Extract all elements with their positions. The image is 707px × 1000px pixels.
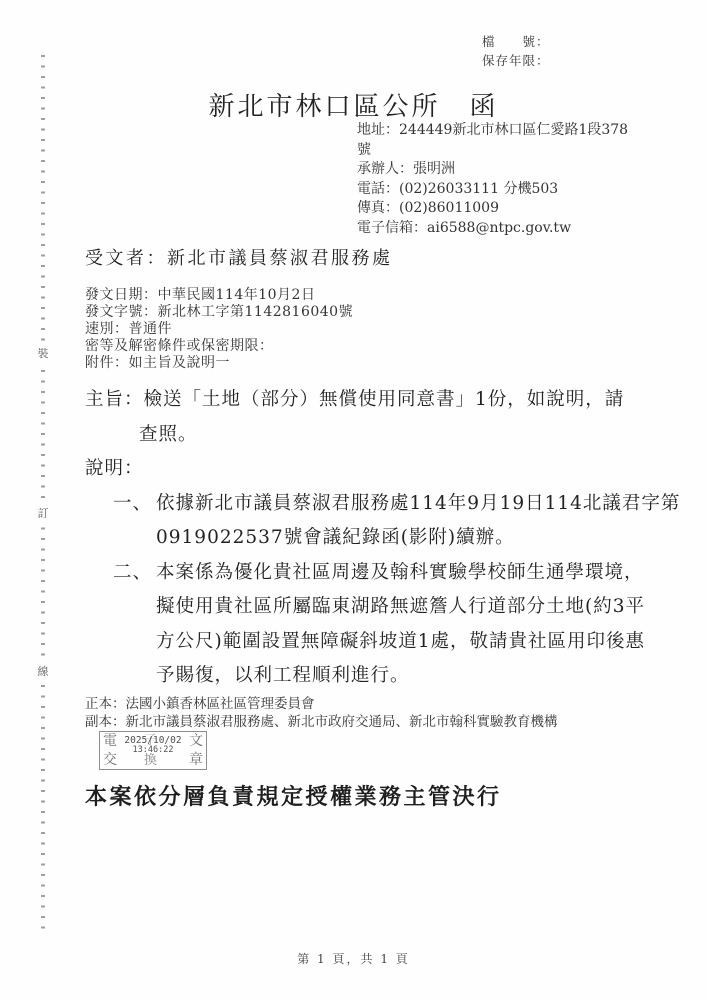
item-line: 依據新北市議員蔡淑君服務處114年9月19日114北議君字第: [156, 487, 685, 522]
item-line: 方公尺)範圍設置無障礙斜坡道1處，敬請貴社區用印後惠: [156, 625, 685, 660]
document-meta-block: 發文日期：中華民國114年10月2日 發文字號：新北林工字第1142816040…: [85, 287, 353, 372]
distribution-block: 正本：法國小鎮香林區社區管理委員會 副本：新北市議員蔡淑君服務處、新北市政府交通…: [85, 696, 558, 731]
fax-line: 傳真：(02)86011009: [357, 199, 628, 219]
archive-labels: 檔 號： 保存年限：: [482, 33, 550, 71]
security-line: 密等及解密條件或保密期限：: [85, 338, 353, 355]
subject-paragraph: 主旨：檢送「土地（部分）無償使用同意書」1份，如說明，請 查照。: [85, 383, 665, 452]
item-line: 擬使用貴社區所屬臨東湖路無遮簷人行道部分土地(約3平: [156, 590, 685, 625]
address-line-wrap: 號: [357, 141, 628, 161]
item-text: 依據新北市議員蔡淑君服務處114年9月19日114北議君字第 091902253…: [156, 487, 685, 556]
cc-recipient-line: 副本：新北市議員蔡淑君服務處、新北市政府交通局、新北市翰科實驗教育機構: [85, 714, 558, 732]
agency-contact-block: 地址：244449新北市林口區仁愛路1段378 號 承辦人：張明洲 電話：(02…: [357, 121, 628, 238]
email-line: 電子信箱：ai6588@ntpc.gov.tw: [357, 219, 628, 239]
item-number: 二、: [85, 556, 156, 694]
page-number-footer: 第 1 頁，共 1 頁: [0, 950, 707, 967]
issue-date-line: 發文日期：中華民國114年10月2日: [85, 287, 353, 304]
item-line: 本案係為優化貴社區周邊及翰科實驗學校師生通學環境，: [156, 556, 685, 591]
binding-mark: 裝: [35, 343, 51, 363]
binding-mark: 訂: [35, 503, 51, 523]
original-recipient-line: 正本：法國小鎮香林區社區管理委員會: [85, 696, 558, 714]
address-line: 地址：244449新北市林口區仁愛路1段378: [357, 121, 628, 141]
case-officer-line: 承辦人：張明洲: [357, 160, 628, 180]
priority-line: 速別：普通件: [85, 321, 353, 338]
recipient-line: 受文者：新北市議員蔡淑君服務處: [85, 244, 393, 270]
stamp-datetime: 2025/10/02 13:46:22: [100, 736, 206, 756]
item-line: 0919022537號會議紀錄函(影附)續辦。: [156, 521, 685, 556]
doc-number-line: 發文字號：新北林工字第1142816040號: [85, 304, 353, 321]
subject-line: 主旨：檢送「土地（部分）無償使用同意書」1份，如說明，請: [85, 383, 665, 418]
document-title: 新北市林口區公所 函: [0, 86, 707, 123]
explanation-item-1: 一、 依據新北市議員蔡淑君服務處114年9月19日114北議君字第 091902…: [85, 487, 685, 556]
retention-period-label: 保存年限：: [482, 52, 550, 71]
binding-dotted-line: [41, 55, 45, 933]
stamp-char: 換: [144, 754, 157, 767]
item-line: 予賜復，以利工程順利進行。: [156, 659, 685, 694]
item-text: 本案係為優化貴社區周邊及翰科實驗學校師生通學環境， 擬使用貴社區所屬臨東湖路無遮…: [156, 556, 685, 694]
explanation-item-2: 二、 本案係為優化貴社區周邊及翰科實驗學校師生通學環境， 擬使用貴社區所屬臨東湖…: [85, 556, 685, 694]
electronic-exchange-stamp: 電 子 文 交 換 章 2025/10/02 13:46:22: [99, 731, 207, 770]
explanation-heading: 說明：: [85, 452, 685, 487]
binding-mark: 線: [35, 661, 51, 681]
attachment-line: 附件：如主旨及說明一: [85, 355, 353, 372]
subject-continuation: 查照。: [85, 418, 665, 453]
file-number-label: 檔 號：: [482, 33, 550, 52]
item-number: 一、: [85, 487, 156, 556]
authorization-statement: 本案依分層負責規定授權業務主管決行: [85, 780, 502, 811]
explanation-section: 說明： 一、 依據新北市議員蔡淑君服務處114年9月19日114北議君字第 09…: [85, 452, 685, 694]
stamp-time: 13:46:22: [100, 746, 206, 755]
phone-line: 電話：(02)26033111 分機503: [357, 180, 628, 200]
official-letter-page: { "doc": { "file_no_label": "檔 號：", "ret…: [0, 0, 707, 1000]
